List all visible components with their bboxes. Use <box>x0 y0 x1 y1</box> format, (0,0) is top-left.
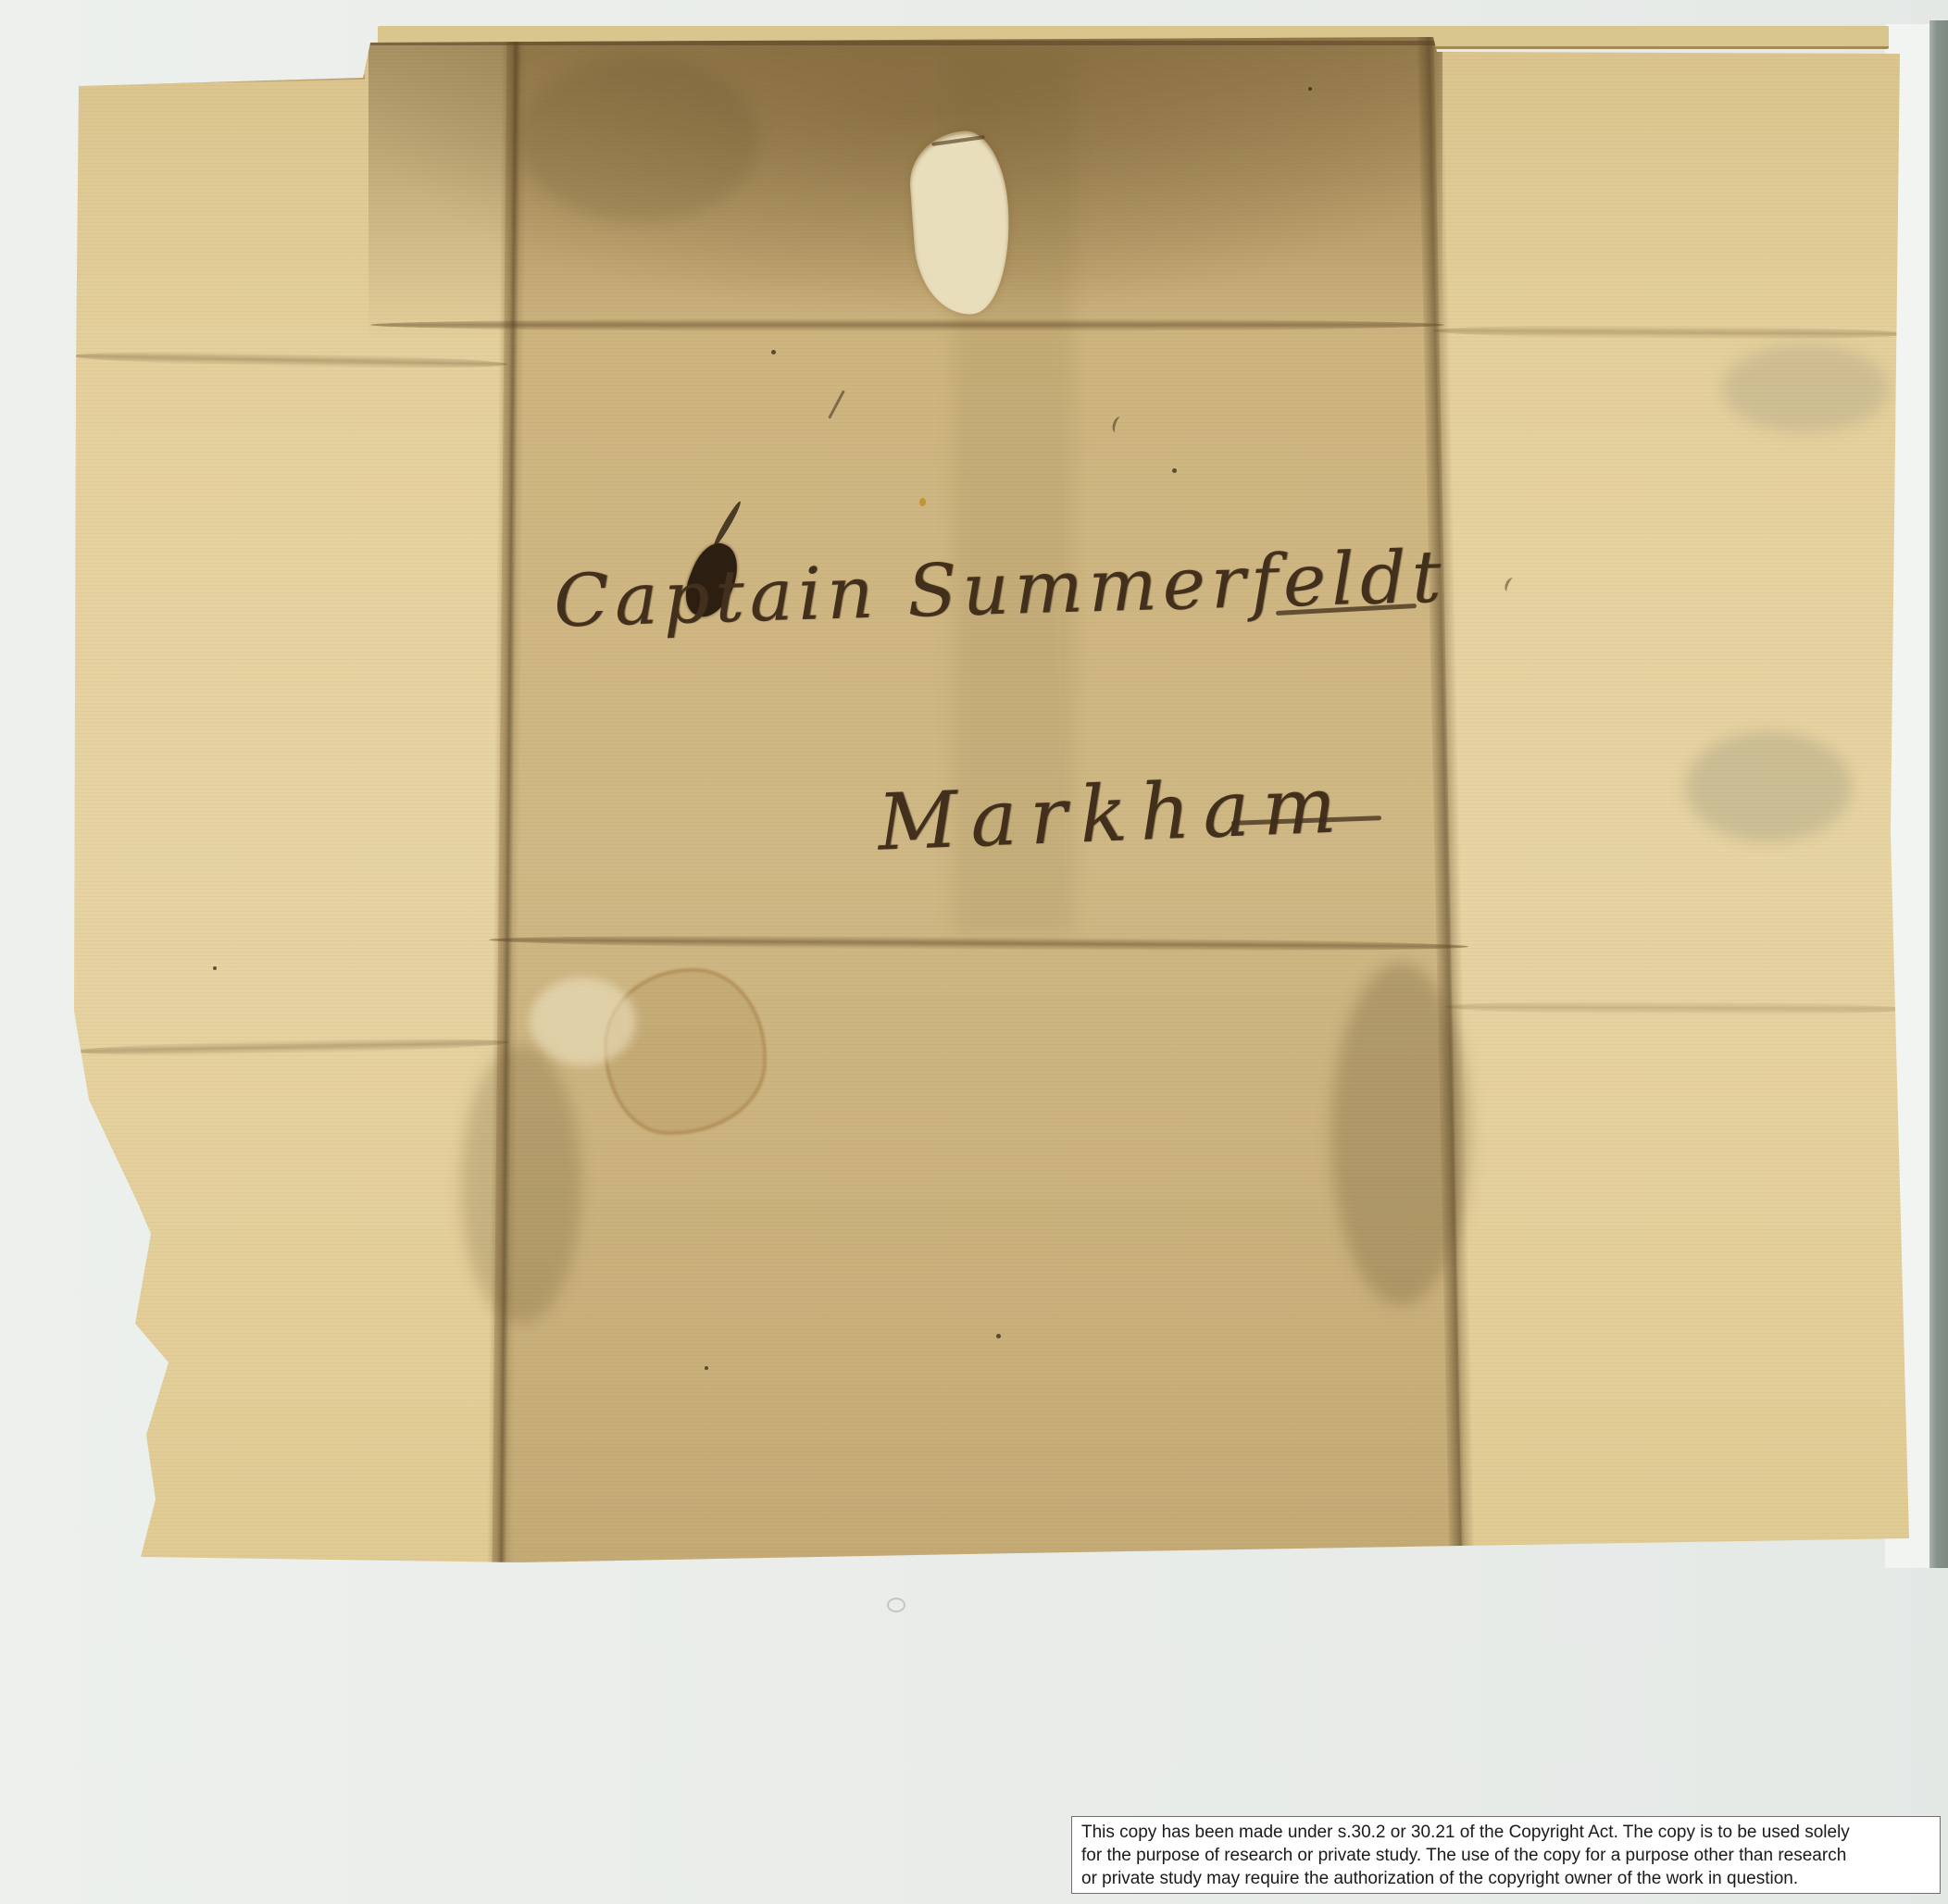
horizontal-crease <box>1433 324 1907 341</box>
water-stain <box>604 968 767 1135</box>
horizontal-crease <box>370 318 1444 331</box>
copyright-notice-line: This copy has been made under s.30.2 or … <box>1081 1821 1930 1844</box>
horizontal-crease <box>1444 1001 1907 1016</box>
stray-ink-tick <box>1503 577 1517 594</box>
paper-speck <box>996 1334 1001 1338</box>
scanned-letter-canvas: Captain Summerfeldt Markham This copy ha… <box>0 0 1948 1904</box>
copyright-notice-line: for the purpose of research or private s… <box>1081 1844 1930 1867</box>
letter-paper: Captain Summerfeldt Markham <box>0 0 1948 1904</box>
copyright-notice-line: or private study may require the authori… <box>1081 1867 1930 1890</box>
light-abrasion-patch <box>530 977 636 1065</box>
top-stain-band <box>368 35 1442 341</box>
paper-speck <box>1308 87 1312 91</box>
fold-smudge <box>461 1046 581 1324</box>
horizontal-crease <box>74 1036 509 1058</box>
scanner-faint-mark <box>887 1598 905 1612</box>
paper-speck <box>705 1366 708 1370</box>
stain-smudge <box>518 56 759 222</box>
copyright-notice: This copy has been made under s.30.2 or … <box>1071 1816 1941 1894</box>
paper-speck <box>213 966 217 970</box>
horizontal-crease <box>72 349 507 370</box>
gray-smudge <box>1722 344 1889 432</box>
paper-speck <box>771 350 776 355</box>
scanner-edge-shadow <box>1929 20 1948 1568</box>
paper-top-edge-left <box>80 75 365 85</box>
fold-smudge <box>1331 963 1470 1305</box>
paper-speck <box>919 498 926 506</box>
paper-speck <box>1172 468 1177 473</box>
gray-smudge <box>1685 731 1852 842</box>
address-destination-handwriting: Markham <box>876 759 1350 867</box>
